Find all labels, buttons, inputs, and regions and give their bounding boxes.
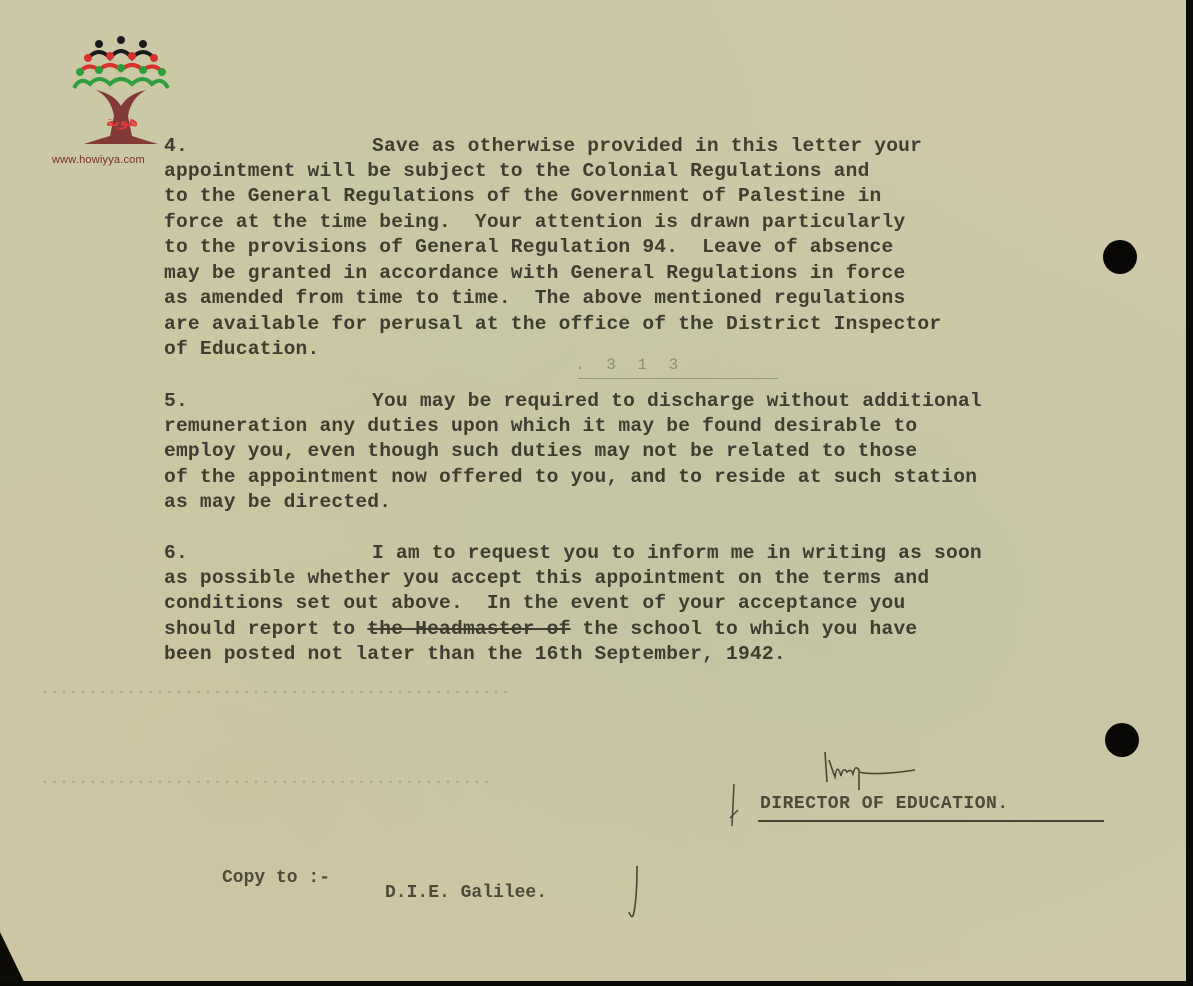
- paragraph-line: are available for perusal at the office …: [164, 312, 941, 337]
- paragraph-line: Save as otherwise provided in this lette…: [372, 134, 922, 159]
- paragraph-line: appointment will be subject to the Colon…: [164, 159, 870, 184]
- copy-to-label: Copy to :-: [222, 868, 330, 888]
- logo-url-text: www.howiyya.com: [52, 154, 145, 166]
- signature-icon: [815, 742, 935, 797]
- paragraph-number: 6.: [164, 541, 188, 566]
- paragraph-line: been posted not later than the 16th Sept…: [164, 642, 786, 667]
- copy-to-recipient: D.I.E. Galilee.: [385, 883, 547, 903]
- paragraph-line: You may be required to discharge without…: [372, 389, 982, 414]
- paragraph-line: employ you, even though such duties may …: [164, 439, 917, 464]
- page-mark-rule: [578, 378, 778, 379]
- paragraph-6: 6. I am to request you to inform me in w…: [164, 541, 1144, 671]
- paragraph-line: as may be directed.: [164, 490, 391, 515]
- punch-hole: [1105, 723, 1139, 757]
- scan-border-bottom: [0, 981, 1193, 986]
- pen-mark-icon: [625, 862, 645, 922]
- paragraph-line: may be granted in accordance with Genera…: [164, 261, 905, 286]
- paragraph-line: of Education.: [164, 337, 319, 362]
- paragraph-line: remuneration any duties upon which it ma…: [164, 414, 917, 439]
- paragraph-line: as possible whether you accept this appo…: [164, 566, 929, 591]
- paragraph-line: should report to the Headmaster of the s…: [164, 617, 917, 642]
- signature-title: DIRECTOR OF EDUCATION.: [760, 794, 1009, 814]
- tree-people-icon: هوية: [66, 36, 176, 154]
- paragraph-line: of the appointment now offered to you, a…: [164, 465, 977, 490]
- slash-mark-icon: [726, 780, 746, 830]
- scan-border-right: [1186, 0, 1193, 986]
- bleed-through-text: ........................................…: [40, 770, 491, 788]
- paragraph-line: as amended from time to time. The above …: [164, 286, 905, 311]
- paragraph-number: 5.: [164, 389, 188, 414]
- paragraph-line: I am to request you to inform me in writ…: [372, 541, 982, 566]
- paragraph-number: 4.: [164, 134, 188, 159]
- howiyya-logo: هوية www.howiyya.com: [52, 36, 172, 172]
- line-start: should report to: [164, 618, 367, 640]
- page-mark: . 3 1 3: [575, 356, 684, 374]
- bleed-through-text: ........................................…: [40, 680, 510, 698]
- paragraph-line: conditions set out above. In the event o…: [164, 591, 905, 616]
- paragraph-4: 4. Save as otherwise provided in this le…: [164, 134, 1144, 364]
- svg-text:هوية: هوية: [106, 114, 138, 130]
- paragraph-line: to the provisions of General Regulation …: [164, 235, 893, 260]
- struck-text: the Headmaster of: [367, 618, 570, 640]
- paragraph-line: force at the time being. Your attention …: [164, 210, 905, 235]
- signature-underline: [758, 820, 1104, 822]
- punch-hole: [1103, 240, 1137, 274]
- paragraph-5: 5. You may be required to discharge with…: [164, 389, 1184, 519]
- paragraph-line: to the General Regulations of the Govern…: [164, 184, 882, 209]
- line-end: the school to which you have: [571, 618, 918, 640]
